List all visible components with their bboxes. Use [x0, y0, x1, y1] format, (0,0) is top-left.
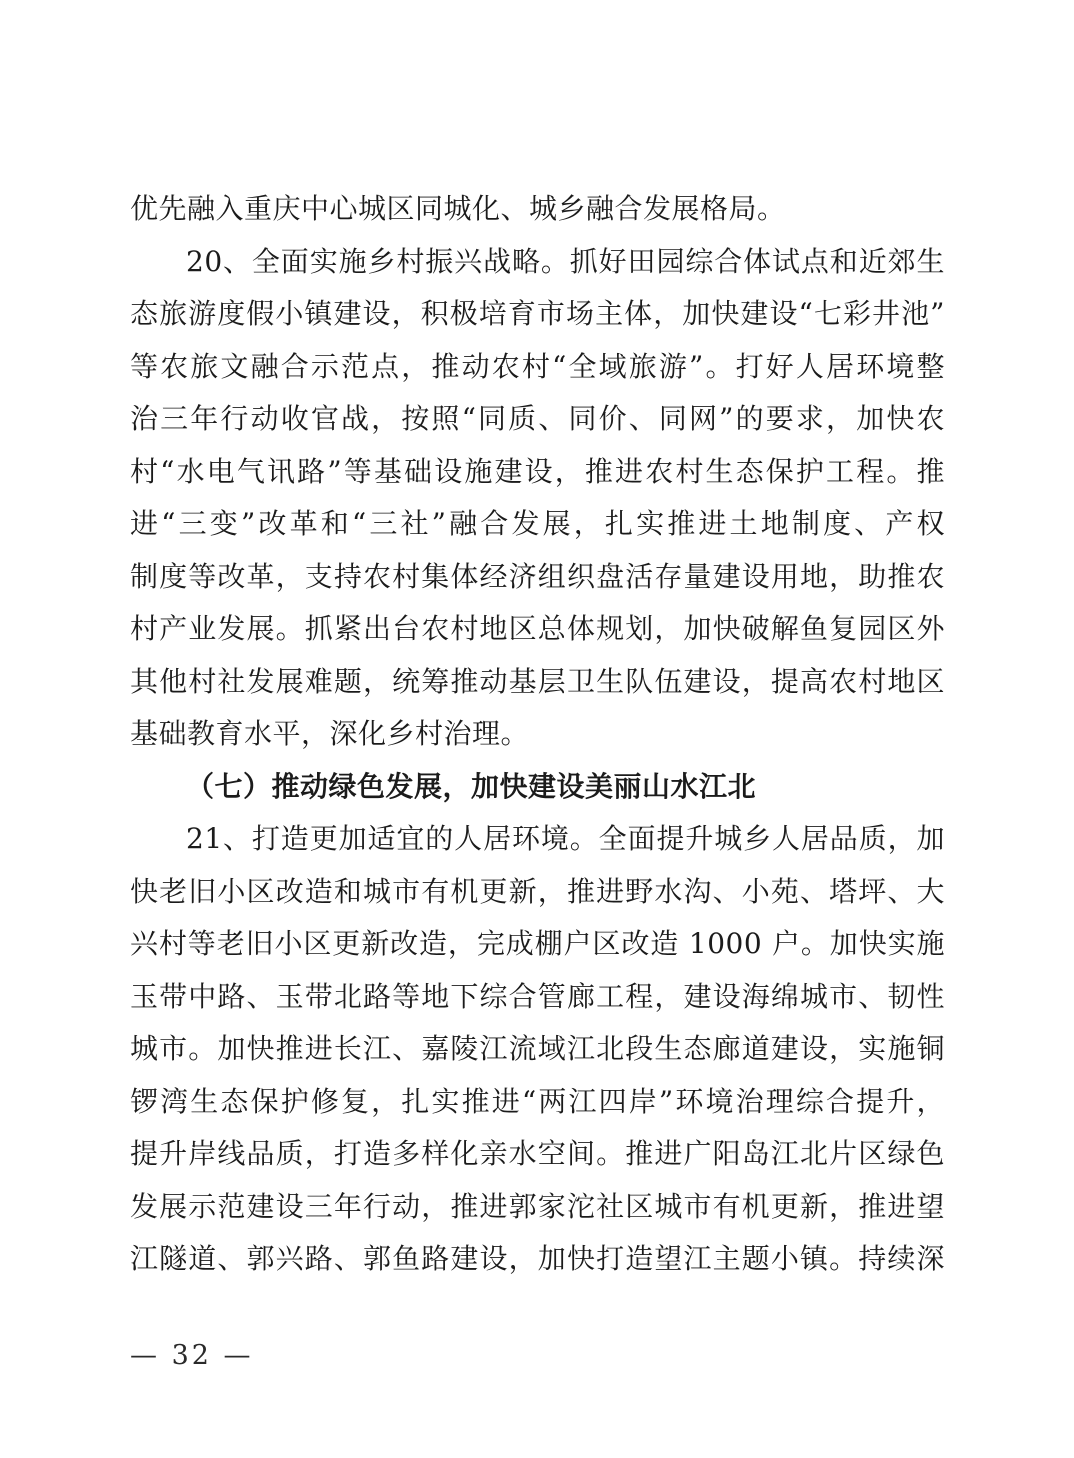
text-line: 发展示范建设三年行动，推进郭家沱社区城市有机更新，推进望	[130, 1181, 945, 1234]
text-line: 玉带中路、玉带北路等地下综合管廊工程，建设海绵城市、韧性	[130, 971, 945, 1024]
text-line: 20、全面实施乡村振兴战略。抓好田园综合体试点和近郊生	[130, 236, 945, 289]
text-line: 优先融入重庆中心城区同城化、城乡融合发展格局。	[130, 183, 945, 236]
text-line: 村产业发展。抓紧出台农村地区总体规划，加快破解鱼复园区外	[130, 603, 945, 656]
text-line: 态旅游度假小镇建设，积极培育市场主体，加快建设“七彩井池”	[130, 288, 945, 341]
text-line: 等农旅文融合示范点，推动农村“全域旅游”。打好人居环境整	[130, 341, 945, 394]
page-number: — 32 —	[130, 1340, 254, 1371]
text-line: 城市。加快推进长江、嘉陵江流域江北段生态廊道建设，实施铜	[130, 1023, 945, 1076]
text-line: 其他村社发展难题，统筹推动基层卫生队伍建设，提高农村地区	[130, 656, 945, 709]
text-line: 锣湾生态保护修复，扎实推进“两江四岸”环境治理综合提升，	[130, 1076, 945, 1129]
document-page: 优先融入重庆中心城区同城化、城乡融合发展格局。20、全面实施乡村振兴战略。抓好田…	[0, 0, 1074, 1458]
text-line: 提升岸线品质，打造多样化亲水空间。推进广阳岛江北片区绿色	[130, 1128, 945, 1181]
section-heading: （七）推动绿色发展，加快建设美丽山水江北	[130, 761, 945, 814]
text-line: 进“三变”改革和“三社”融合发展，扎实推进土地制度、产权	[130, 498, 945, 551]
text-line: 基础教育水平，深化乡村治理。	[130, 708, 945, 761]
text-line: 快老旧小区改造和城市有机更新，推进野水沟、小苑、塔坪、大	[130, 866, 945, 919]
text-line: 治三年行动收官战，按照“同质、同价、同网”的要求，加快农	[130, 393, 945, 446]
text-line: 21、打造更加适宜的人居环境。全面提升城乡人居品质，加	[130, 813, 945, 866]
text-line: 江隧道、郭兴路、郭鱼路建设，加快打造望江主题小镇。持续深	[130, 1233, 945, 1286]
document-body: 优先融入重庆中心城区同城化、城乡融合发展格局。20、全面实施乡村振兴战略。抓好田…	[130, 183, 945, 1286]
page-footer: — 32 —	[130, 1340, 254, 1371]
text-line: 兴村等老旧小区更新改造，完成棚户区改造 1000 户。加快实施	[130, 918, 945, 971]
text-line: 村“水电气讯路”等基础设施建设，推进农村生态保护工程。推	[130, 446, 945, 499]
text-line: 制度等改革，支持农村集体经济组织盘活存量建设用地，助推农	[130, 551, 945, 604]
